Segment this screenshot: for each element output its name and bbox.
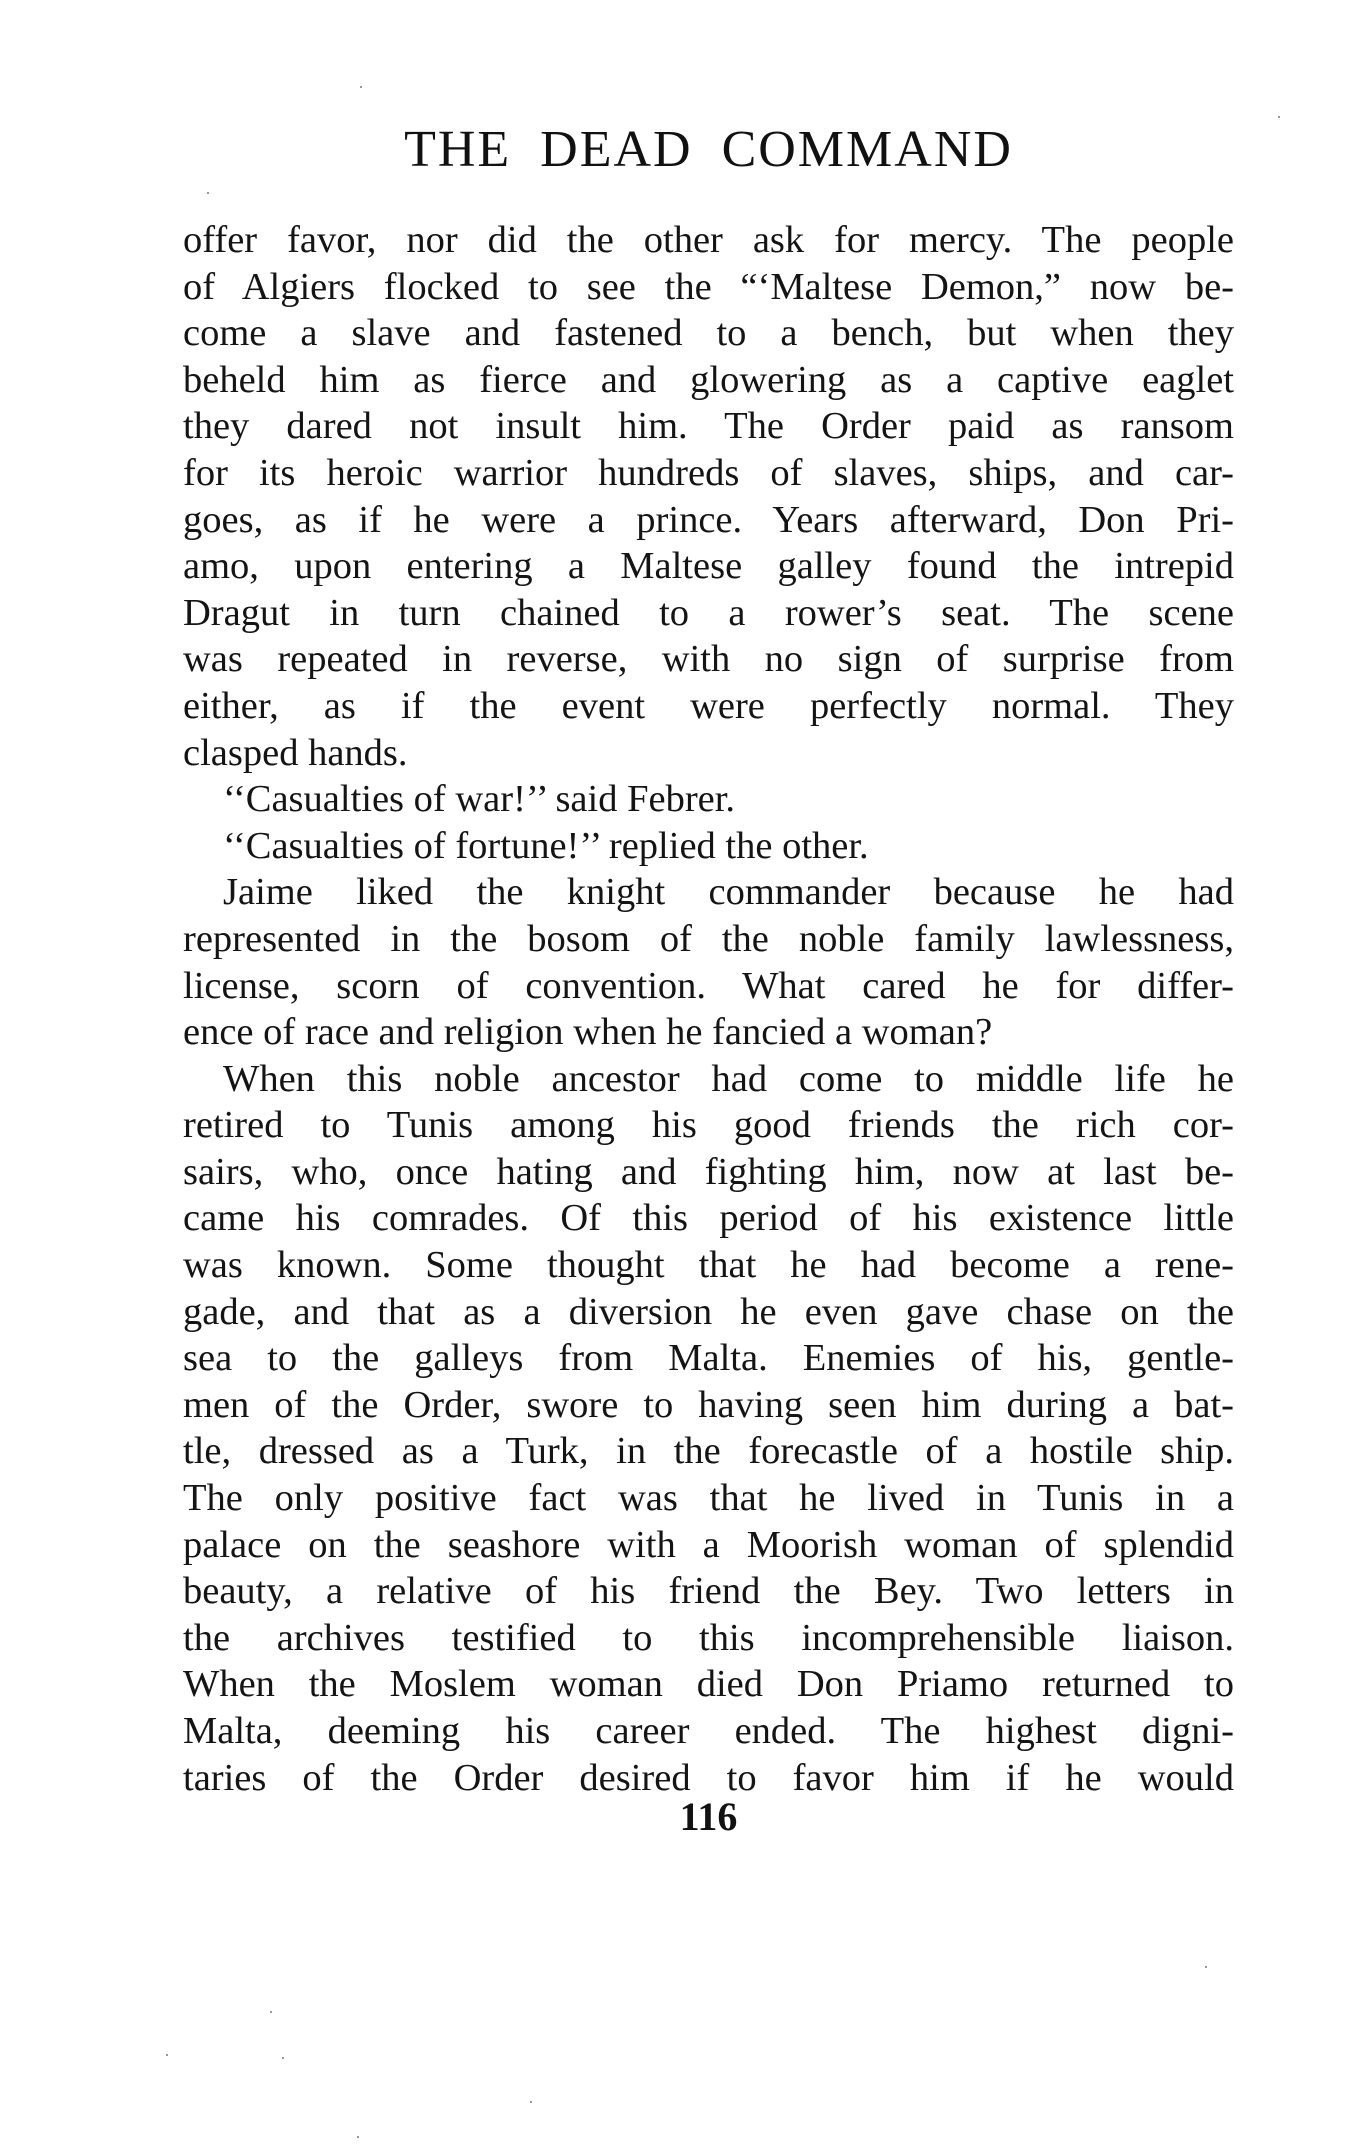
text-line: goes, as if he were a prince. Years afte…	[183, 497, 1234, 544]
text-line: When this noble ancestor had come to mid…	[183, 1056, 1234, 1103]
text-line: gade, and that as a diversion he even ga…	[183, 1289, 1234, 1336]
text-line: came his comrades. Of this period of his…	[183, 1195, 1234, 1242]
text-line: for its heroic warrior hundreds of slave…	[183, 450, 1234, 497]
text-line: sairs, who, once hating and fighting him…	[183, 1149, 1234, 1196]
running-head-title: THE DEAD COMMAND	[183, 122, 1234, 178]
text-line: the archives testified to this incompreh…	[183, 1615, 1234, 1662]
text-line: Malta, deeming his career ended. The hig…	[183, 1708, 1234, 1755]
text-line: offer favor, nor did the other ask for m…	[183, 217, 1234, 264]
scan-speck	[357, 2136, 359, 2138]
text-line: beheld him as fierce and glowering as a …	[183, 357, 1234, 404]
book-page: THE DEAD COMMAND offer favor, nor did th…	[0, 0, 1351, 2151]
scan-speck	[166, 2054, 168, 2056]
text-line: represented in the bosom of the noble fa…	[183, 916, 1234, 963]
text-line: beauty, a relative of his friend the Bey…	[183, 1568, 1234, 1615]
text-line: sea to the galleys from Malta. Enemies o…	[183, 1335, 1234, 1382]
scan-speck	[530, 2101, 532, 2103]
text-line: either, as if the event were perfectly n…	[183, 683, 1234, 730]
page-number: 116	[183, 1794, 1234, 1840]
scan-speck	[1278, 116, 1280, 118]
text-line: clasped hands.	[183, 730, 1234, 777]
body-text: offer favor, nor did the other ask for m…	[183, 217, 1234, 1801]
scan-speck	[282, 2057, 284, 2059]
scan-speck	[270, 2011, 272, 2013]
scan-speck	[207, 192, 209, 194]
text-line: ence of race and religion when he fancie…	[183, 1009, 1234, 1056]
text-line: Dragut in turn chained to a rower’s seat…	[183, 590, 1234, 637]
text-line: retired to Tunis among his good friends …	[183, 1102, 1234, 1149]
text-line: men of the Order, swore to having seen h…	[183, 1382, 1234, 1429]
text-line: Jaime liked the knight commander because…	[183, 869, 1234, 916]
text-line: was known. Some thought that he had beco…	[183, 1242, 1234, 1289]
text-line: tle, dressed as a Turk, in the forecastl…	[183, 1428, 1234, 1475]
text-line: they dared not insult him. The Order pai…	[183, 403, 1234, 450]
text-line: license, scorn of convention. What cared…	[183, 963, 1234, 1010]
text-line: ‘‘Casualties of fortune!’’ replied the o…	[183, 823, 1234, 870]
text-line: The only positive fact was that he lived…	[183, 1475, 1234, 1522]
text-line: was repeated in reverse, with no sign of…	[183, 636, 1234, 683]
text-line: palace on the seashore with a Moorish wo…	[183, 1522, 1234, 1569]
text-line: amo, upon entering a Maltese galley foun…	[183, 543, 1234, 590]
scan-speck	[1205, 1966, 1207, 1968]
text-line: ‘‘Casualties of war!’’ said Febrer.	[183, 776, 1234, 823]
scan-speck	[360, 86, 362, 88]
text-line: When the Moslem woman died Don Priamo re…	[183, 1661, 1234, 1708]
text-line: come a slave and fastened to a bench, bu…	[183, 310, 1234, 357]
text-line: of Algiers flocked to see the “‘Maltese …	[183, 264, 1234, 311]
